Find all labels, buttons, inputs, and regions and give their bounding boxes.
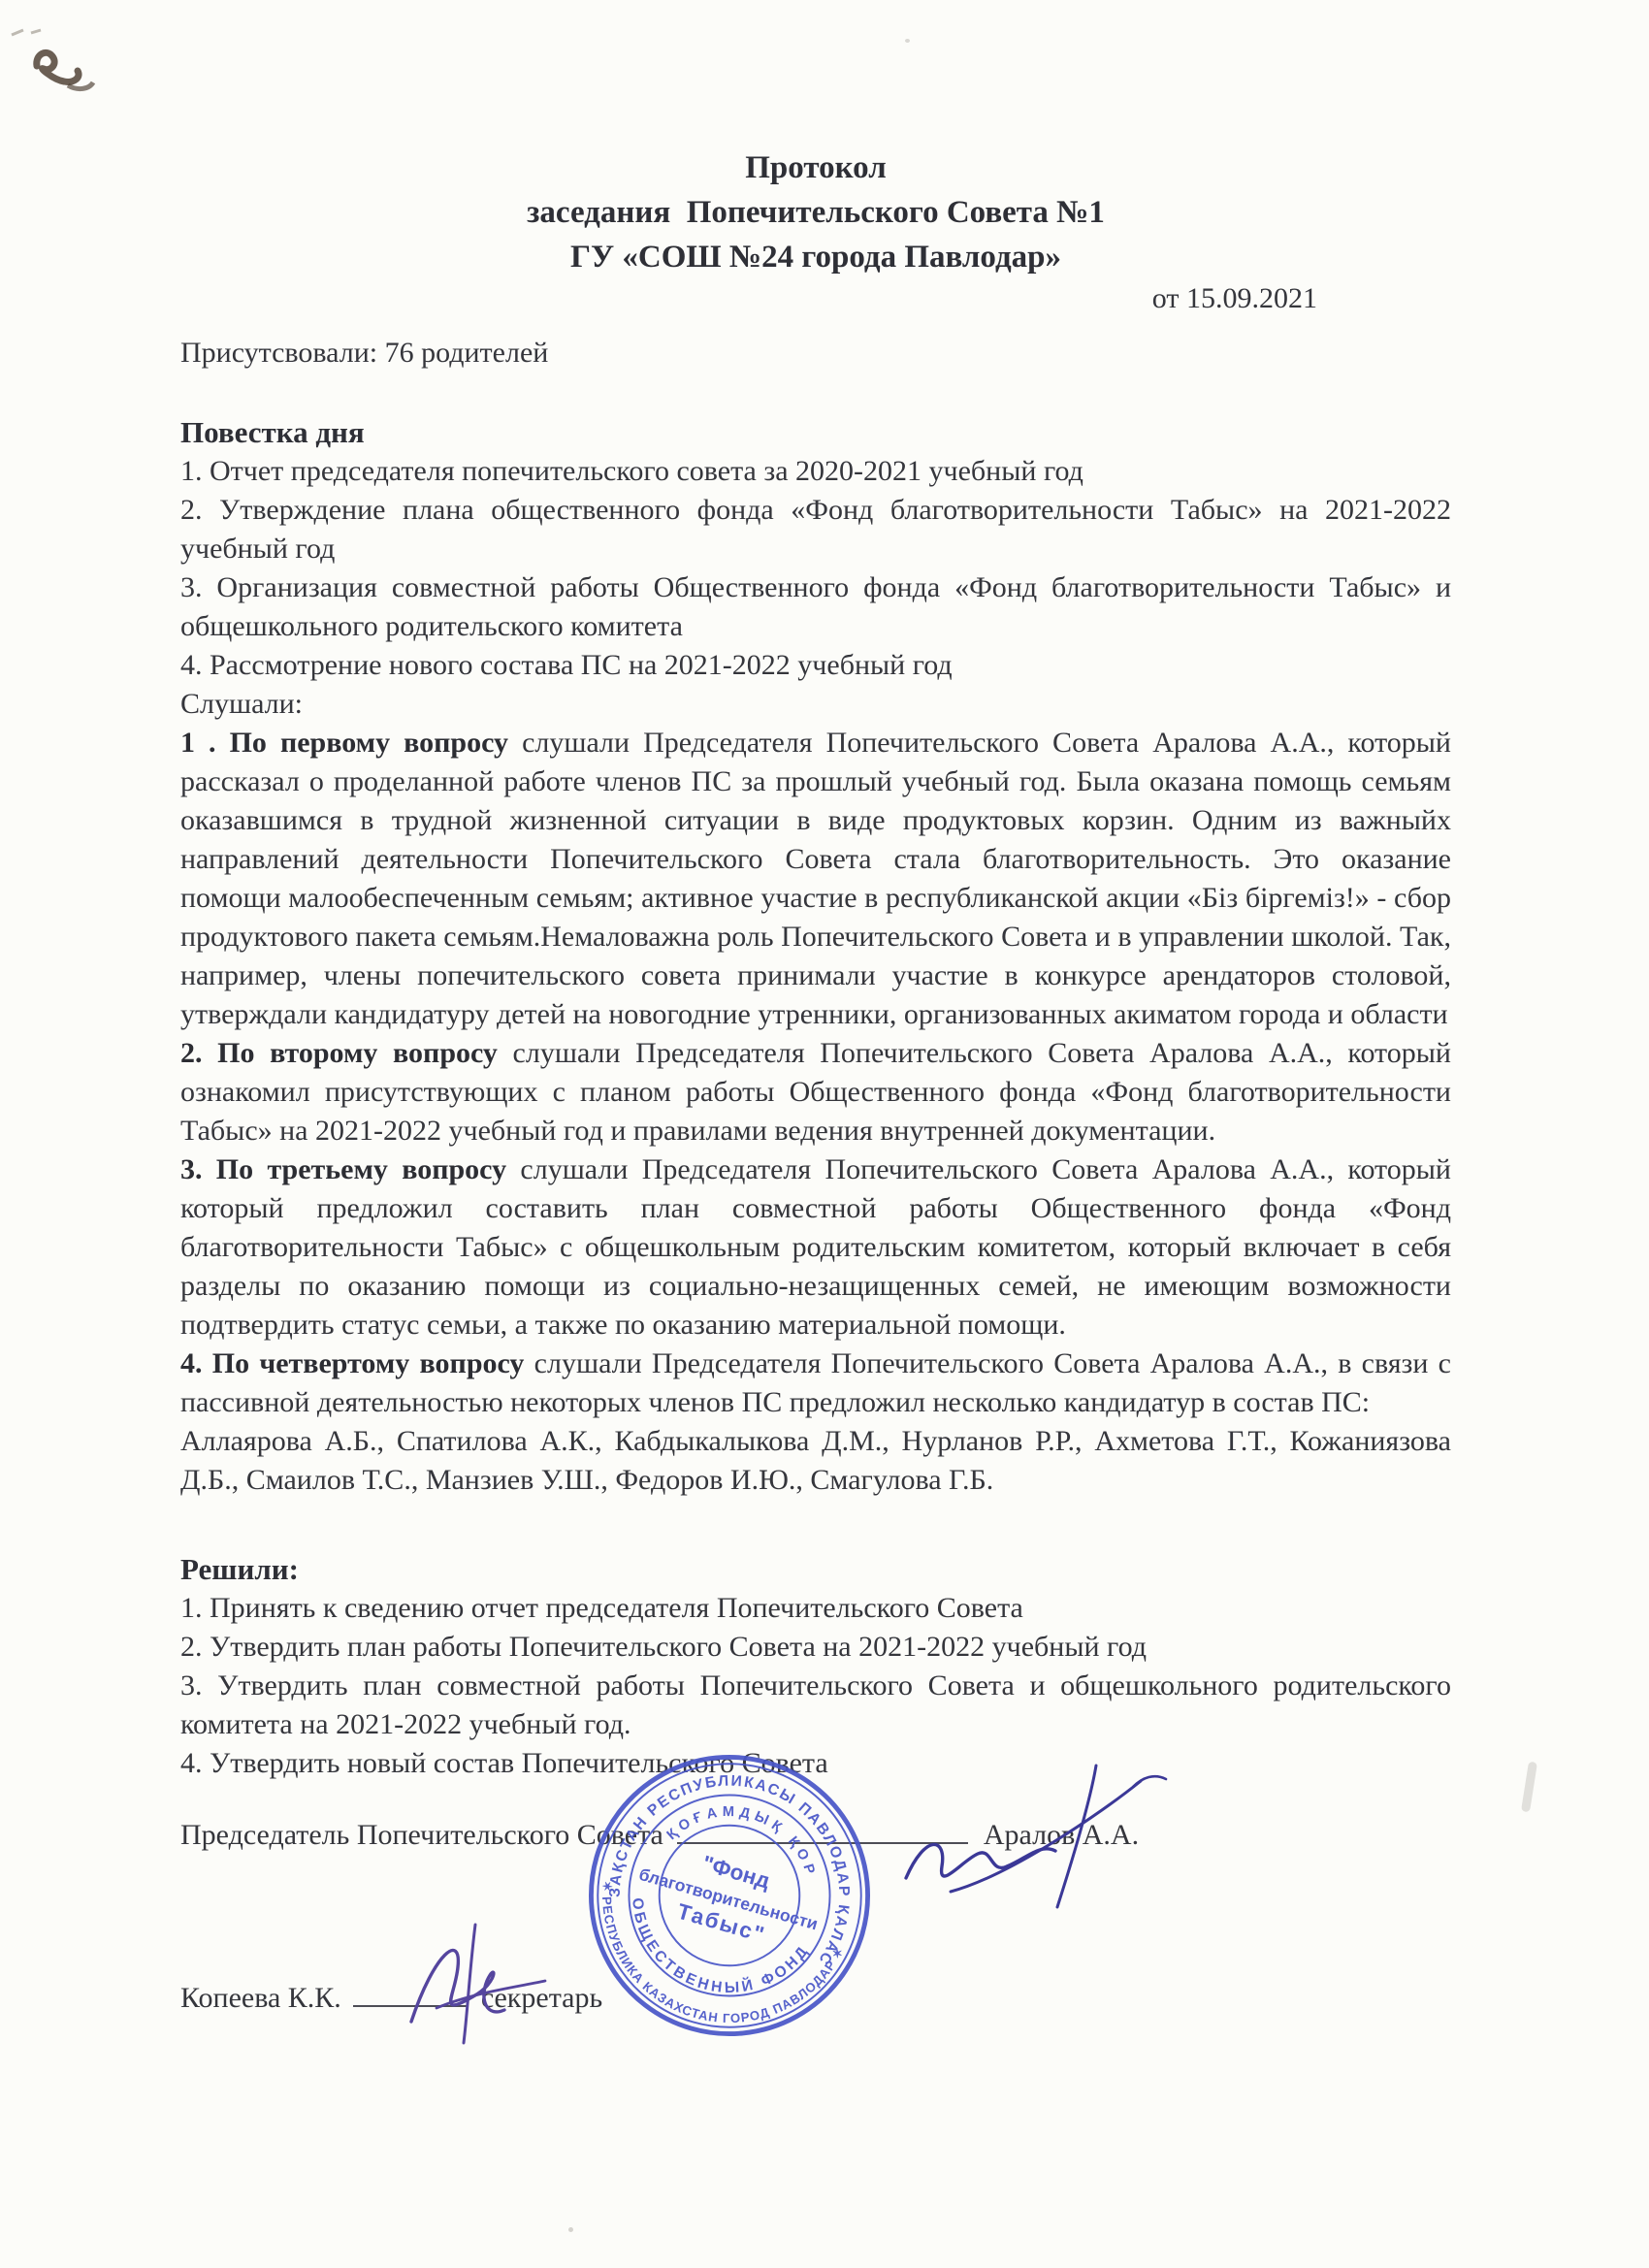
document-date: от 15.09.2021	[180, 281, 1451, 316]
decided-item-1: 1. Принять к сведению отчет председателя…	[180, 1589, 1451, 1628]
heard-lead-4: 4. По четвертому вопросу	[180, 1347, 524, 1379]
heard-paragraph-1: 1 . По первому вопросу слушали Председат…	[180, 724, 1451, 1034]
scan-speck	[568, 2227, 573, 2232]
ink-smudge	[8, 27, 153, 105]
scanned-protocol-page: Протокол заседания Попечительского Совет…	[0, 0, 1649, 2268]
title-line-3: ГУ «СОШ №24 города Павлодар»	[180, 235, 1451, 279]
heard-paragraph-4: 4. По четвертому вопросу слушали Председ…	[180, 1345, 1451, 1422]
agenda-heading: Повестка дня	[180, 413, 1451, 452]
scan-speck	[905, 39, 910, 43]
heard-lead-1: 1 . По первому вопросу	[180, 727, 508, 759]
scan-streak-artifact	[1521, 1762, 1537, 1813]
heard-lead-2: 2. По второму вопросу	[180, 1037, 498, 1069]
title-line-1: Протокол	[180, 146, 1451, 190]
chairman-handwritten-signature	[846, 1744, 1195, 1933]
agenda-item-3: 3. Организация совместной работы Обществ…	[180, 568, 1451, 646]
decided-item-3: 3. Утвердить план совместной работы Попе…	[180, 1667, 1451, 1744]
secretary-name: Копеева К.К.	[180, 1982, 341, 2014]
heard-heading: Слушали:	[180, 685, 1451, 724]
decided-item-2: 2. Утвердить план работы Попечительского…	[180, 1628, 1451, 1667]
heard-lead-3: 3. По третьему вопросу	[180, 1153, 506, 1185]
agenda-item-1: 1. Отчет председателя попечительского со…	[180, 452, 1451, 491]
heard-paragraph-2: 2. По второму вопросу слушали Председате…	[180, 1034, 1451, 1150]
title-line-2: заседания Попечительского Совета №1	[180, 190, 1451, 235]
candidates-list: Аллаярова А.Б., Спатилова А.К., Кабдыкал…	[180, 1422, 1451, 1500]
heard-text-1: слушали Председателя Попечительского Сов…	[180, 727, 1451, 1030]
attendees-line: Присутсвовали: 76 родителей	[180, 334, 1451, 373]
heard-paragraph-3: 3. По третьему вопросу слушали Председат…	[180, 1150, 1451, 1345]
document-title: Протокол заседания Попечительского Совет…	[180, 146, 1451, 279]
document-body: Протокол заседания Попечительского Совет…	[180, 146, 1451, 2018]
agenda-item-4: 4. Рассмотрение нового состава ПС на 202…	[180, 646, 1451, 685]
agenda-item-2: 2. Утверждение плана общественного фонда…	[180, 491, 1451, 568]
secretary-handwritten-signature	[380, 1894, 589, 2058]
decided-heading: Решили:	[180, 1550, 1451, 1589]
